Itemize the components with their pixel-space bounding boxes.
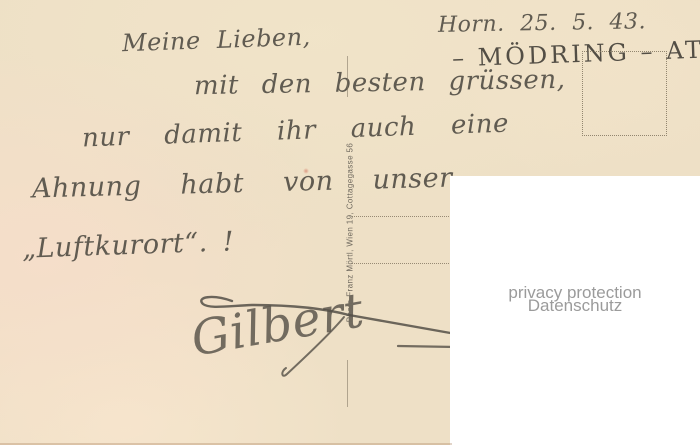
address-ruling-line [352, 263, 453, 264]
message-line: nur damit ihr auch eine [82, 109, 510, 154]
message-line: mit den besten grüssen, [194, 65, 566, 101]
privacy-text-de: Datenschutz [450, 299, 700, 312]
publisher-imprint: Photo Franz Mörtl, Wien 19, Cottagegasse… [346, 103, 359, 363]
message-line: „Luftkurort“. ! [22, 226, 235, 264]
date-note: Horn. 25. 5. 43. [438, 9, 646, 38]
signature: Gilbert [187, 282, 368, 367]
message-line: Ahnung habt von unser [32, 162, 453, 204]
privacy-overlay: privacy protection Datenschutz [450, 176, 700, 445]
divider-line-top [347, 56, 348, 97]
divider-line-bottom [347, 360, 348, 407]
message-line-salutation: Meine Lieben, [122, 23, 312, 58]
postcard-back: Horn. 25. 5. 43. – MÖDRING – AT Meine Li… [0, 0, 700, 445]
privacy-overlay-text: privacy protection Datenschutz [450, 286, 700, 312]
address-ruling-line [352, 216, 453, 217]
crossed-out-address-stroke [398, 346, 456, 347]
stamp-outline-box [582, 51, 667, 136]
